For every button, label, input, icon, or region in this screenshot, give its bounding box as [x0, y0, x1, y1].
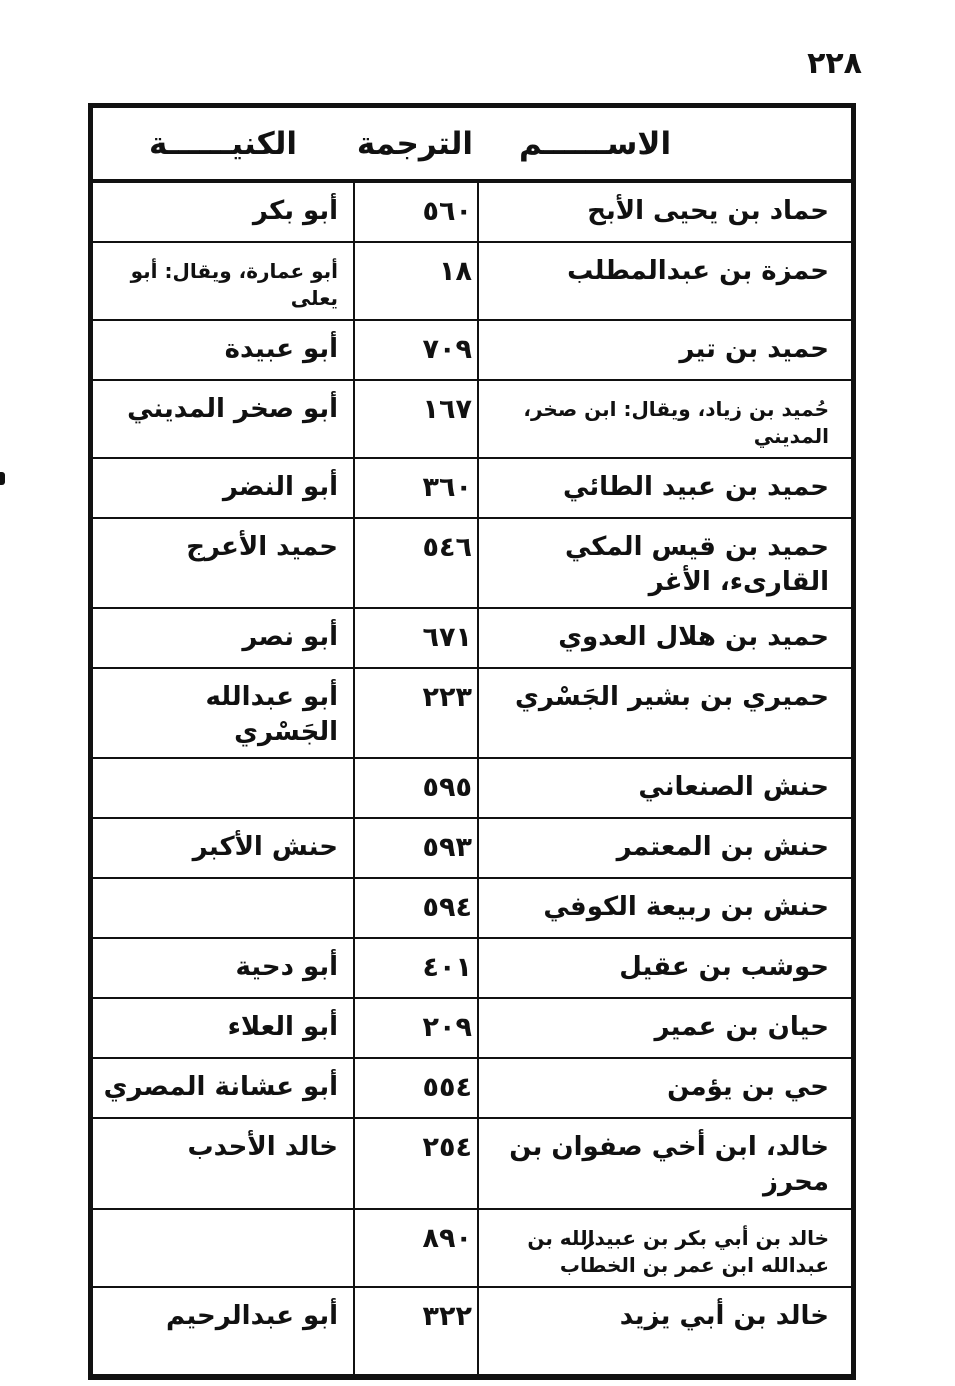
- name-cell: حيان بن عمير: [477, 999, 851, 1057]
- name-cell: حوشب بن عقيل: [477, 939, 851, 997]
- kunya-cell: أبو النضر: [93, 459, 353, 517]
- table-row: حماد بن يحيى الأبح٥٦٠أبو بكر: [93, 183, 851, 243]
- kunya-cell: أبو عبدالله الجَسْري: [93, 669, 353, 757]
- scan-artifact-left-edge: [0, 472, 5, 485]
- kunya-cell: حنش الأكبر: [93, 819, 353, 877]
- table-header-row: الاســــــم الترجمة الكنيــــــة: [93, 108, 851, 183]
- kunya-cell: خالد الأحدب: [93, 1119, 353, 1207]
- table-row: خالد، ابن أخي صفوان بن محرز٢٥٤خالد الأحد…: [93, 1119, 851, 1209]
- table-row: حميد بن عبيد الطائي٣٦٠أبو النضر: [93, 459, 851, 519]
- kunya-cell: [93, 1210, 353, 1286]
- entry-number-cell: ١٨: [353, 243, 477, 319]
- kunya-cell: أبو العلاء: [93, 999, 353, 1057]
- kunya-cell: أبو دحية: [93, 939, 353, 997]
- kunya-cell: أبو عبيدة: [93, 321, 353, 379]
- header-name-column: الاســــــم: [477, 126, 851, 162]
- entry-number-cell: ٥٦٠: [353, 183, 477, 241]
- name-cell: حميري بن بشير الجَسْري: [477, 669, 851, 757]
- narrators-table: الاســــــم الترجمة الكنيــــــة حماد بن…: [88, 103, 856, 1380]
- page-number: ٢٢٨: [807, 46, 862, 81]
- kunya-cell: أبو نصر: [93, 609, 353, 667]
- name-cell: حُميد بن زياد، ويقال: ابن صخر، المديني: [477, 381, 851, 457]
- table-row: حميري بن بشير الجَسْري٢٢٣أبو عبدالله الج…: [93, 669, 851, 759]
- name-cell: خالد بن أبي بكر بن عبيدالله بن عبدالله ا…: [477, 1210, 851, 1286]
- name-cell: خالد بن أبي يزيد: [477, 1288, 851, 1374]
- name-cell: حماد بن يحيى الأبح: [477, 183, 851, 241]
- kunya-cell: أبو عبدالرحيم: [93, 1288, 353, 1374]
- kunya-cell: [93, 879, 353, 937]
- entry-number-cell: ٧٠٩: [353, 321, 477, 379]
- table-row: خالد بن أبي بكر بن عبيدالله بن عبدالله ا…: [93, 1210, 851, 1288]
- table-row: حميد بن تير٧٠٩أبو عبيدة: [93, 321, 851, 381]
- table-body: حماد بن يحيى الأبح٥٦٠أبو بكرحمزة بن عبدا…: [93, 183, 851, 1374]
- name-cell: حنش الصنعاني: [477, 759, 851, 817]
- entry-number-cell: ٥٥٤: [353, 1059, 477, 1117]
- name-cell: خالد، ابن أخي صفوان بن محرز: [477, 1119, 851, 1207]
- entry-number-cell: ٨٩٠: [353, 1210, 477, 1286]
- entry-number-cell: ٢٥٤: [353, 1119, 477, 1207]
- kunya-cell: [93, 759, 353, 817]
- entry-number-cell: ٣٦٠: [353, 459, 477, 517]
- entry-number-cell: ٢٠٩: [353, 999, 477, 1057]
- kunya-cell: أبو صخر المديني: [93, 381, 353, 457]
- header-entry-column: الترجمة: [353, 126, 477, 162]
- entry-number-cell: ٥٤٦: [353, 519, 477, 607]
- table-row: حي بن يؤمن٥٥٤أبو عشانة المصري: [93, 1059, 851, 1119]
- kunya-cell: أبو عشانة المصري: [93, 1059, 353, 1117]
- entry-number-cell: ٣٢٢: [353, 1288, 477, 1374]
- table-row: حميد بن هلال العدوي٦٧١أبو نصر: [93, 609, 851, 669]
- entry-number-cell: ٥٩٤: [353, 879, 477, 937]
- name-cell: حمزة بن عبدالمطلب: [477, 243, 851, 319]
- entry-number-cell: ١٦٧: [353, 381, 477, 457]
- table-row: حنش الصنعاني٥٩٥: [93, 759, 851, 819]
- name-cell: حنش بن ربيعة الكوفي: [477, 879, 851, 937]
- kunya-cell: أبو عمارة، ويقال: أبو يعلى: [93, 243, 353, 319]
- table-row: حوشب بن عقيل٤٠١أبو دحية: [93, 939, 851, 999]
- name-cell: حنش بن المعتمر: [477, 819, 851, 877]
- table-row: حُميد بن زياد، ويقال: ابن صخر، المديني١٦…: [93, 381, 851, 459]
- entry-number-cell: ٥٩٥: [353, 759, 477, 817]
- name-cell: حي بن يؤمن: [477, 1059, 851, 1117]
- kunya-cell: أبو بكر: [93, 183, 353, 241]
- table-row: حنش بن ربيعة الكوفي٥٩٤: [93, 879, 851, 939]
- name-cell: حميد بن قيس المكي القارىء، الأغر: [477, 519, 851, 607]
- header-kunya-column: الكنيــــــة: [93, 126, 353, 162]
- table-row: حنش بن المعتمر٥٩٣حنش الأكبر: [93, 819, 851, 879]
- entry-number-cell: ٥٩٣: [353, 819, 477, 877]
- entry-number-cell: ٢٢٣: [353, 669, 477, 757]
- name-cell: حميد بن عبيد الطائي: [477, 459, 851, 517]
- name-cell: حميد بن هلال العدوي: [477, 609, 851, 667]
- name-cell: حميد بن تير: [477, 321, 851, 379]
- table-row: حيان بن عمير٢٠٩أبو العلاء: [93, 999, 851, 1059]
- table-row: حميد بن قيس المكي القارىء، الأغر٥٤٦حميد …: [93, 519, 851, 609]
- scanned-document-page: ٢٢٨ الاســــــم الترجمة الكنيــــــة حما…: [0, 0, 955, 1386]
- kunya-cell: حميد الأعرج: [93, 519, 353, 607]
- table-row: خالد بن أبي يزيد٣٢٢أبو عبدالرحيم: [93, 1288, 851, 1374]
- entry-number-cell: ٤٠١: [353, 939, 477, 997]
- entry-number-cell: ٦٧١: [353, 609, 477, 667]
- table-row: حمزة بن عبدالمطلب١٨أبو عمارة، ويقال: أبو…: [93, 243, 851, 321]
